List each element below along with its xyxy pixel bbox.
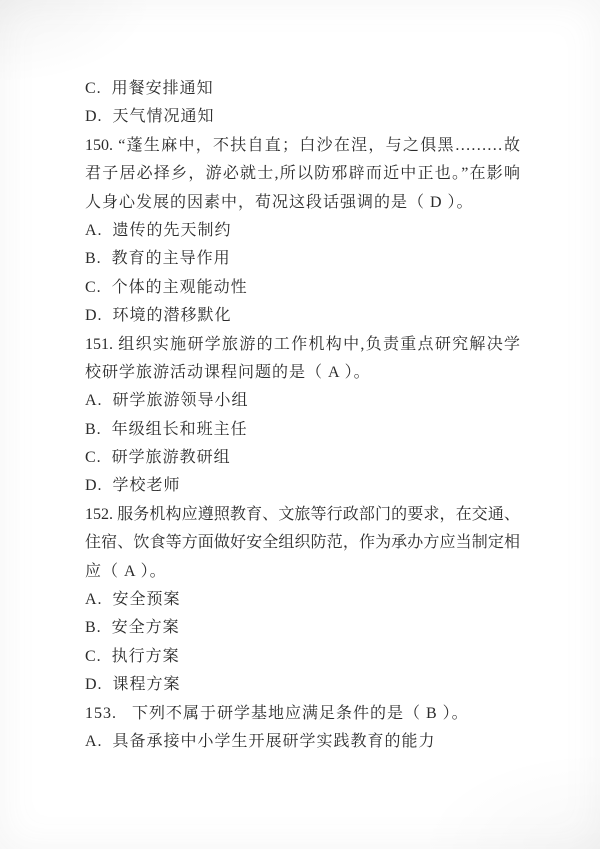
question-continuation-line: 住宿、饮食等方面做好安全组织防范，作为承办方应当制定相 bbox=[85, 529, 520, 557]
document-page: C. 用餐安排通知D. 天气情况通知150. “蓬生麻中，不扶自直；白沙在涅，与… bbox=[0, 0, 600, 849]
option-line: D. 环境的潜移默化 bbox=[85, 302, 520, 330]
option-line: D. 课程方案 bbox=[85, 671, 520, 699]
question-continuation-line: 校研学旅游活动课程问题的是（ A ）。 bbox=[85, 359, 520, 387]
option-line: D. 天气情况通知 bbox=[85, 103, 520, 131]
question-line: 153. 下列不属于研学基地应满足条件的是（ B ）。 bbox=[85, 700, 520, 728]
option-line: B. 年级组长和班主任 bbox=[85, 416, 520, 444]
option-line: B. 安全方案 bbox=[85, 614, 520, 642]
option-line: D. 学校老师 bbox=[85, 472, 520, 500]
option-line: C. 用餐安排通知 bbox=[85, 75, 520, 103]
question-list: C. 用餐安排通知D. 天气情况通知150. “蓬生麻中，不扶自直；白沙在涅，与… bbox=[85, 75, 520, 756]
option-line: B. 教育的主导作用 bbox=[85, 245, 520, 273]
option-line: A. 遗传的先天制约 bbox=[85, 217, 520, 245]
option-line: C. 个体的主观能动性 bbox=[85, 274, 520, 302]
option-line: A. 安全预案 bbox=[85, 586, 520, 614]
option-line: A. 研学旅游领导小组 bbox=[85, 387, 520, 415]
question-continuation-line: 人身心发展的因素中，荀况这段话强调的是（ D ）。 bbox=[85, 189, 520, 217]
option-line: A. 具备承接中小学生开展研学实践教育的能力 bbox=[85, 728, 520, 756]
question-line: 150. “蓬生麻中，不扶自直；白沙在涅，与之俱黑………故 bbox=[85, 132, 520, 160]
question-continuation-line: 君子居必择乡，游必就士,所以防邪辟而近中正也。”在影响 bbox=[85, 160, 520, 188]
option-line: C. 研学旅游教研组 bbox=[85, 444, 520, 472]
question-line: 151. 组织实施研学旅游的工作机构中,负责重点研究解决学 bbox=[85, 331, 520, 359]
question-line: 152. 服务机构应遵照教育、文旅等行政部门的要求，在交通、 bbox=[85, 501, 520, 529]
question-continuation-line: 应（ A ）。 bbox=[85, 558, 520, 586]
option-line: C. 执行方案 bbox=[85, 643, 520, 671]
